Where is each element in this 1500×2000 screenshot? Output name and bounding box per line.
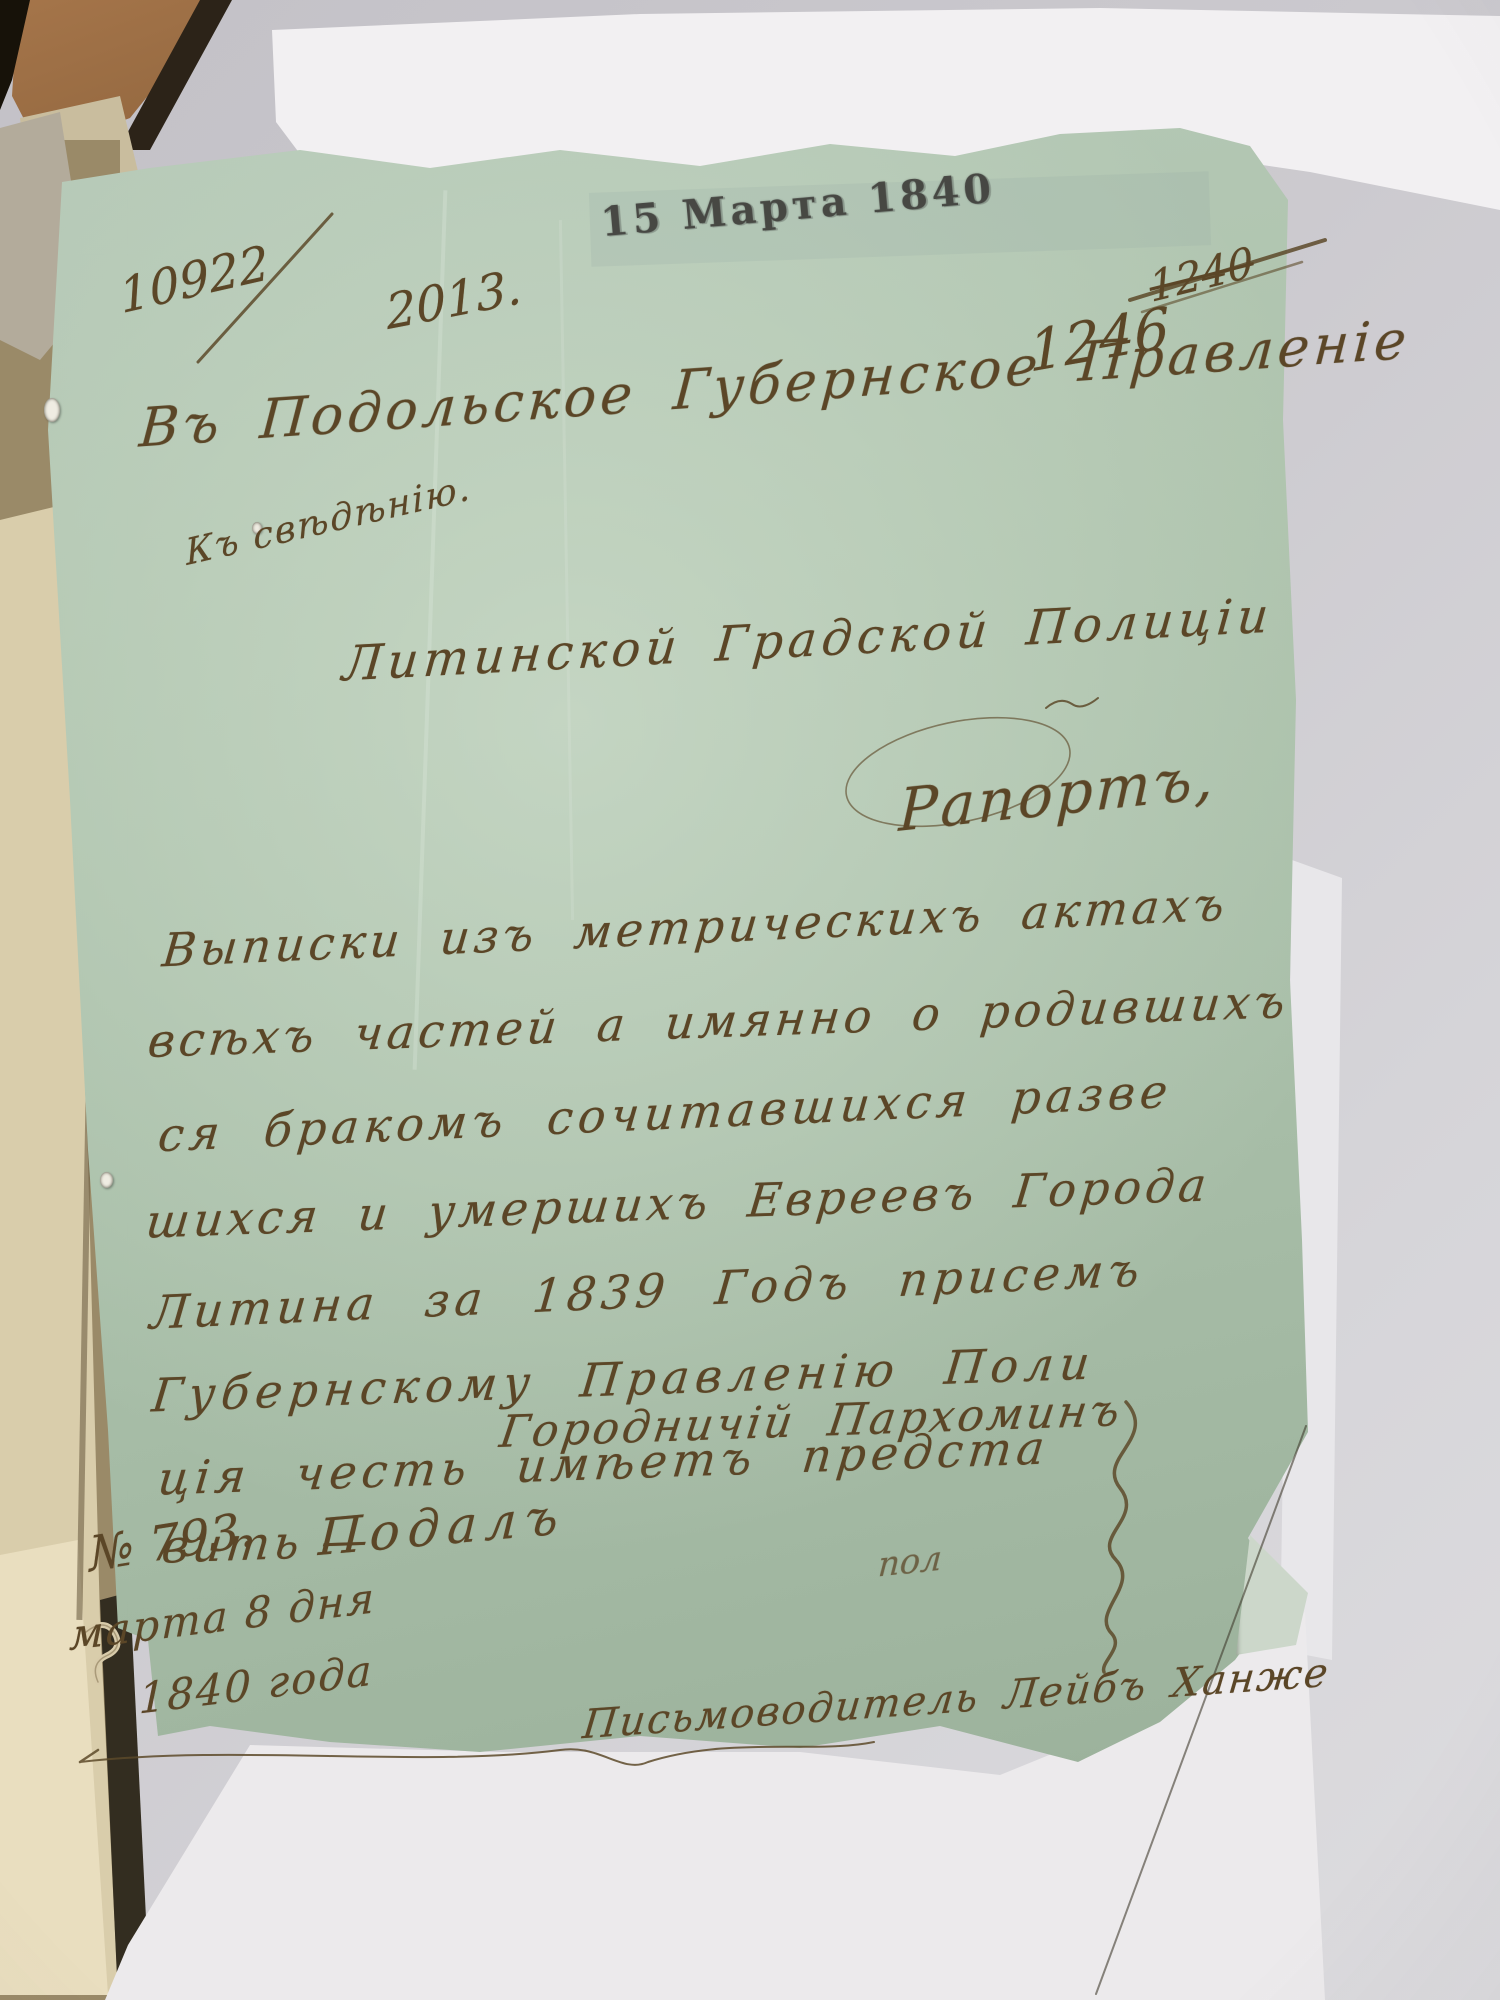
ink-scribble: пол: [877, 1538, 943, 1585]
archival-photo: 10922 2013. 15 Марта 1840 1240 1246 Въ П…: [0, 0, 1500, 2000]
binding-hole: [100, 1172, 113, 1188]
binding-hole: [44, 398, 60, 422]
